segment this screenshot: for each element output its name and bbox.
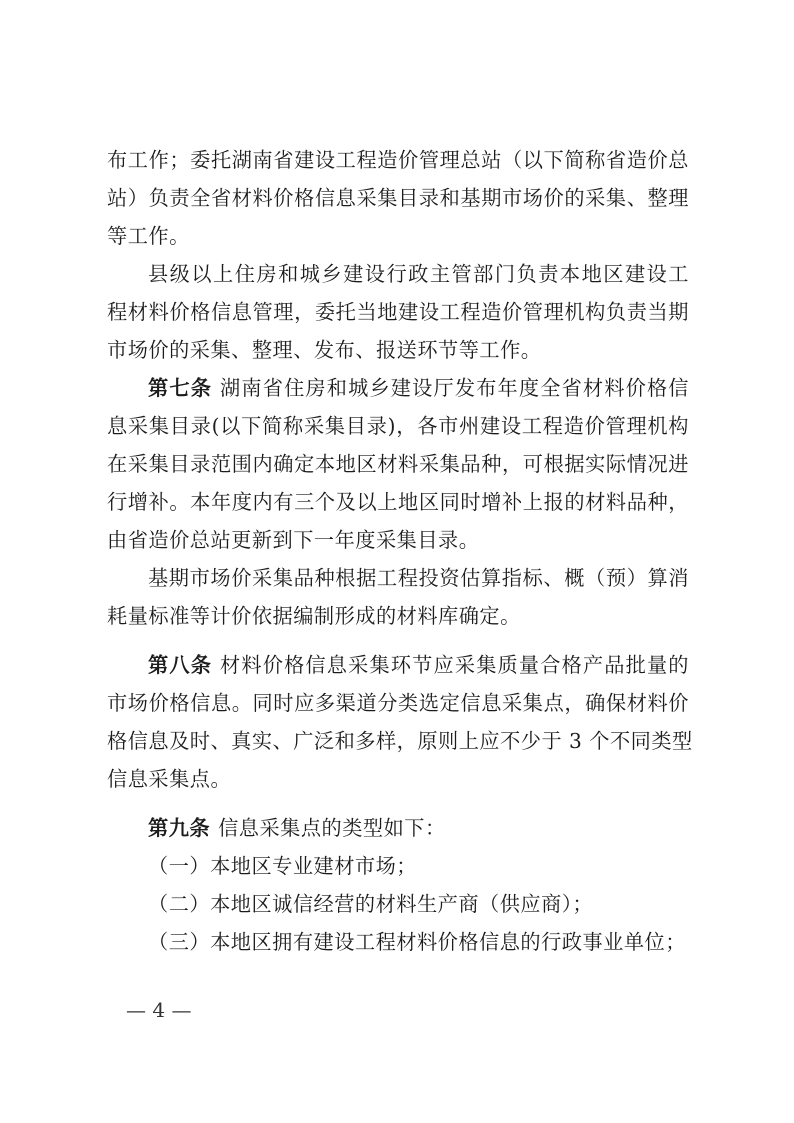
text-line: 格信息及时、真实、广泛和多样，原则上应不少于 3 个不同类型 — [107, 726, 689, 756]
text-line: 程材料价格信息管理，委托当地建设工程造价管理机构负责当期 — [107, 297, 689, 327]
list-item: （三）本地区拥有建设工程材料价格信息的行政事业单位； — [148, 927, 689, 957]
text-line: 布工作；委托湖南省建设工程造价管理总站（以下简称省造价总 — [107, 145, 689, 175]
text-line: 等工作。 — [107, 221, 689, 251]
text-line: 在采集目录范围内确定本地区材料采集品种，可根据实际情况进 — [107, 449, 689, 479]
text-line: 行增补。本年度内有三个及以上地区同时增补上报的材料品种， — [107, 487, 689, 517]
article-8-heading: 第八条 — [148, 653, 212, 677]
text-span: 信息采集点的类型如下： — [218, 816, 446, 840]
text-line: 息采集目录(以下简称采集目录)，各市州建设工程造价管理机构 — [107, 411, 689, 441]
page-number: — 4 — — [126, 996, 191, 1024]
text-line: 由省造价总站更新到下一年度采集目录。 — [107, 525, 689, 555]
article-9-first-line: 第九条信息采集点的类型如下： — [148, 813, 689, 843]
list-item: （一）本地区专业建材市场； — [148, 851, 689, 881]
text-span: 材料价格信息采集环节应采集质量合格产品批量的 — [220, 653, 689, 677]
text-line: 市场价的采集、整理、发布、报送环节等工作。 — [107, 335, 689, 365]
list-item: （二）本地区诚信经营的材料生产商（供应商）； — [148, 889, 689, 919]
article-7-first-line: 第七条湖南省住房和城乡建设厅发布年度全省材料价格信 — [148, 373, 689, 403]
text-line: 站）负责全省材料价格信息采集目录和基期市场价的采集、整理 — [107, 183, 689, 213]
article-9-heading: 第九条 — [148, 816, 210, 840]
text-line: 基期市场价采集品种根据工程投资估算指标、概（预）算消 — [148, 563, 689, 593]
article-8-first-line: 第八条材料价格信息采集环节应采集质量合格产品批量的 — [148, 650, 689, 680]
text-line: 信息采集点。 — [107, 764, 689, 794]
text-line: 市场价格信息。同时应多渠道分类选定信息采集点，确保材料价 — [107, 688, 689, 718]
text-line: 耗量标准等计价依据编制形成的材料库确定。 — [107, 601, 689, 631]
text-line: 县级以上住房和城乡建设行政主管部门负责本地区建设工 — [148, 259, 689, 289]
text-span: 湖南省住房和城乡建设厅发布年度全省材料价格信 — [220, 376, 689, 400]
document-page: 布工作；委托湖南省建设工程造价管理总站（以下简称省造价总 站）负责全省材料价格信… — [0, 0, 794, 1123]
article-7-heading: 第七条 — [148, 376, 212, 400]
